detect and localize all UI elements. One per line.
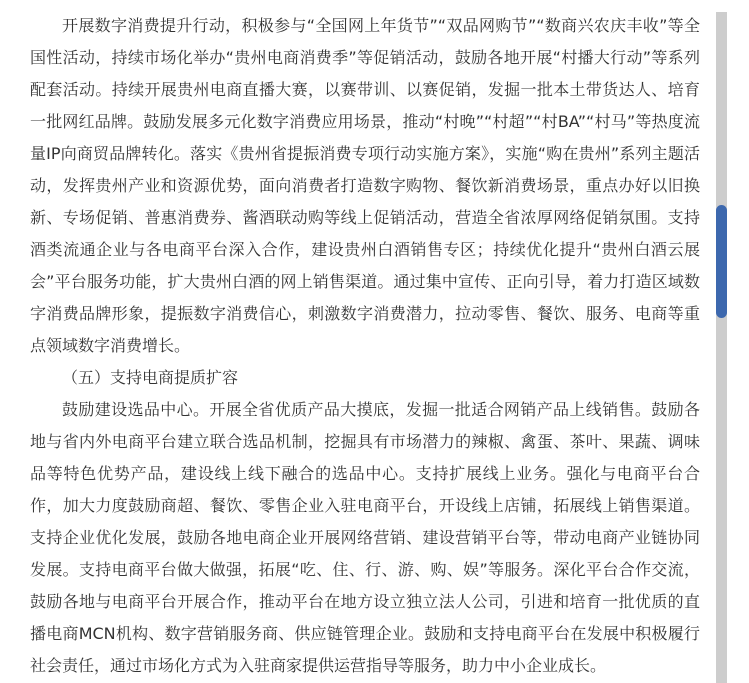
document-body: 开展数字消费提升行动，积极参与“全国网上年货节”“双品网购节”“数商兴农庆丰收”… [0,0,749,682]
document-page: 开展数字消费提升行动，积极参与“全国网上年货节”“双品网购节”“数商兴农庆丰收”… [0,0,749,683]
body-paragraph: 开展数字消费提升行动，积极参与“全国网上年货节”“双品网购节”“数商兴农庆丰收”… [30,10,700,362]
body-paragraph: 鼓励建设选品中心。开展全省优质产品大摸底，发掘一批适合网销产品上线销售。鼓励各地… [30,394,700,682]
scrollbar-track[interactable] [716,12,727,683]
scrollbar-thumb[interactable] [716,205,727,318]
section-heading: （五）支持电商提质扩容 [30,362,700,394]
